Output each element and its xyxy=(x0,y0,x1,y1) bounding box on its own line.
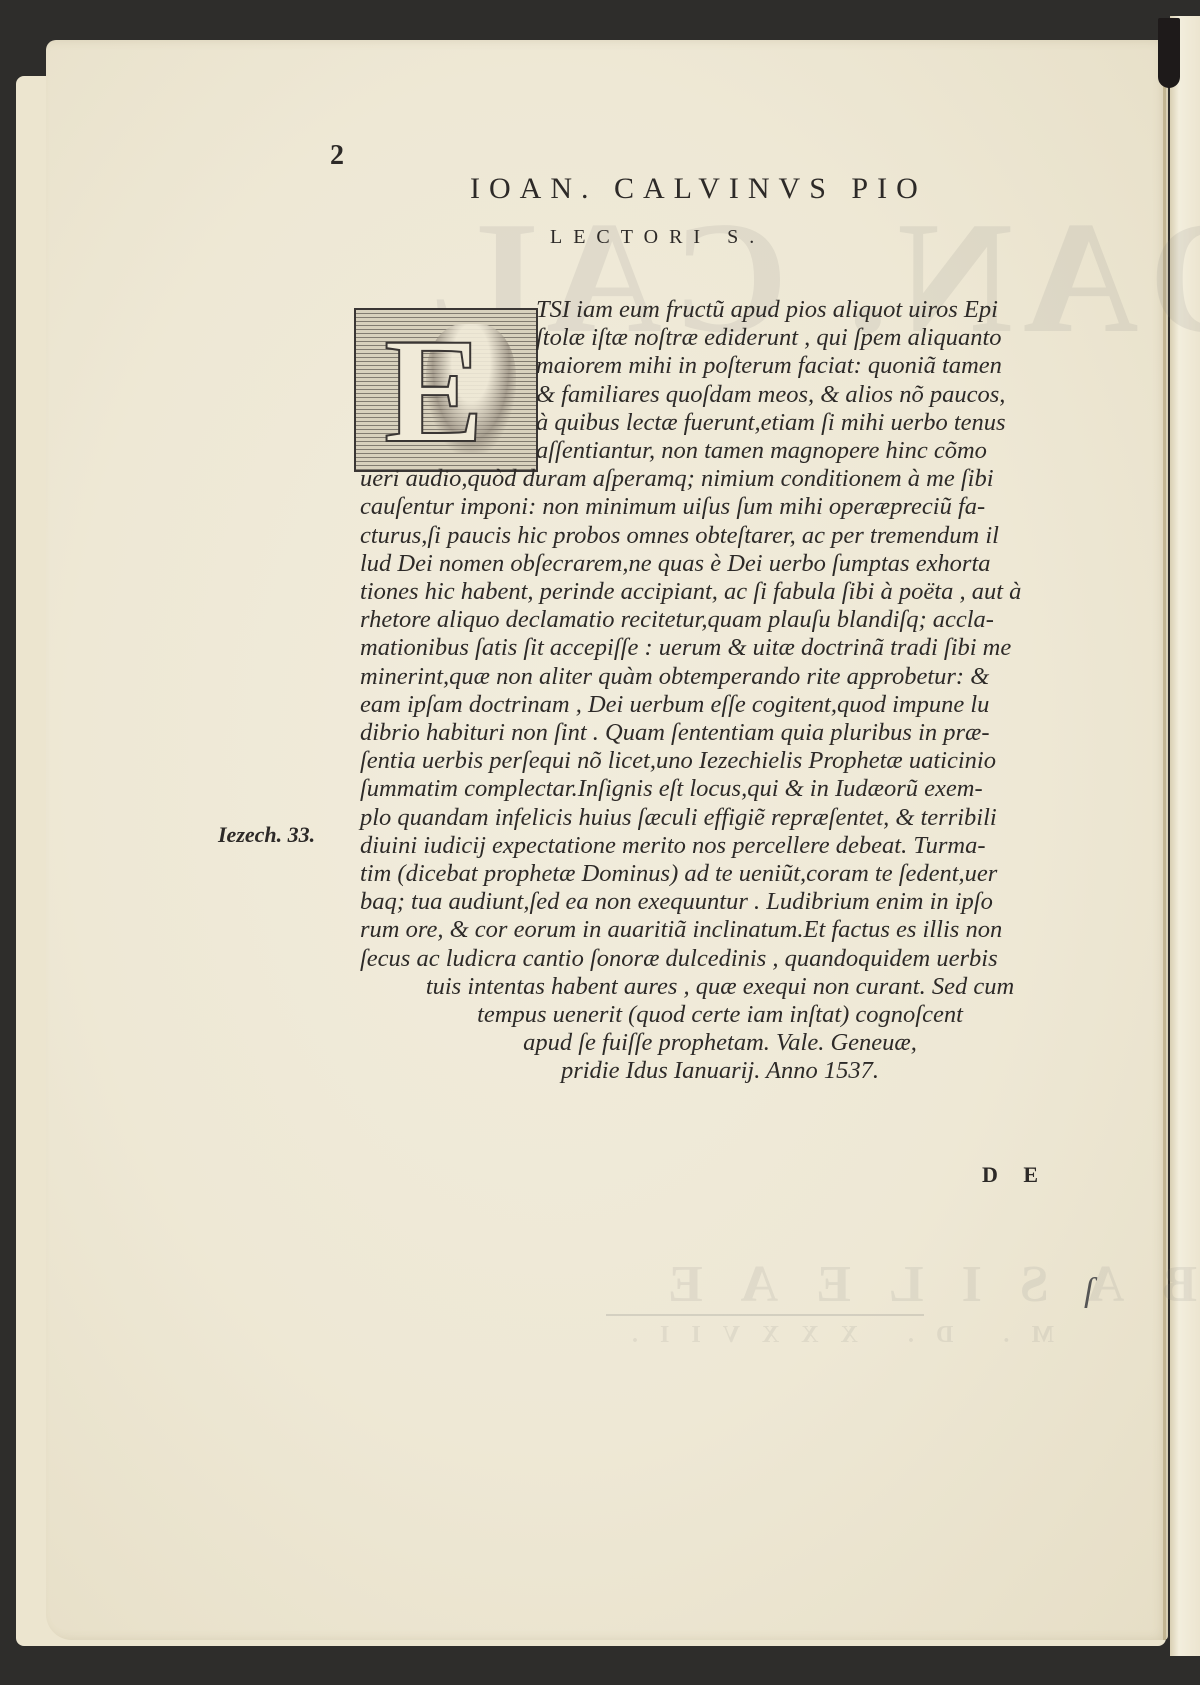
text-line: tiones hic habent, perinde accipiant, ac… xyxy=(360,578,1080,606)
text-line: plo quandam infelicis huius ſæculi effig… xyxy=(360,804,1080,832)
page-number: 2 xyxy=(330,140,344,172)
text-line: rum ore, & cor eorum in auaritiã inclina… xyxy=(360,916,1080,944)
text-line: ſummatim complectar.Inſignis eſt locus,q… xyxy=(360,775,1080,803)
closing-line: apud ſe fuiſſe prophetam. Vale. Geneuæ, xyxy=(360,1029,1080,1057)
text-line: dibrio habituri non ſint . Quam ſententi… xyxy=(360,719,1080,747)
showthrough-city: BASILEAE xyxy=(630,1255,1197,1314)
page-subtitle: LECTORI S. xyxy=(550,226,765,249)
showthrough-rule xyxy=(606,1314,924,1316)
text-line: minerint,quæ non aliter quàm obtemperand… xyxy=(360,663,1080,691)
catchword: D E xyxy=(982,1162,1048,1188)
page-title: IOAN. CALVINVS PIO xyxy=(470,172,927,206)
text-line: ſtolæ iſtæ noſtræ ediderunt , qui ſpem a… xyxy=(360,324,1080,352)
text-line: cturus,ſi paucis hic probos omnes obteſt… xyxy=(360,522,1080,550)
letter-body: TSI iam eum fructũ apud pios aliquot uir… xyxy=(360,296,1080,1086)
text-line: diuini iudicij expectatione merito nos p… xyxy=(360,832,1080,860)
closing-line: pridie Idus Ianuarij. Anno 1537. xyxy=(360,1057,1080,1085)
text-line: rhetore aliquo declamatio recitetur,quam… xyxy=(360,606,1080,634)
text-line: & familiares quoſdam meos, & alios nõ pa… xyxy=(360,381,1080,409)
text-line: lud Dei nomen obſecrarem,ne quas è Dei u… xyxy=(360,550,1080,578)
stray-ink-mark: ſ xyxy=(1084,1272,1093,1310)
text-line: maiorem mihi in poſterum faciat: quoniã … xyxy=(360,352,1080,380)
closing-line: tuis intentas habent aures , quæ exequi … xyxy=(360,973,1080,1001)
text-line: ueri audio,quòd duram aſperamq; nimium c… xyxy=(360,465,1080,493)
text-line: tim (dicebat prophetæ Dominus) ad te uen… xyxy=(360,860,1080,888)
showthrough-date: M. D. XXXVII. xyxy=(610,1322,1054,1349)
text-line: baq; tua audiunt,ſed ea non exequuntur .… xyxy=(360,888,1080,916)
text-line: à quibus lectæ fuerunt,etiam ſi mihi uer… xyxy=(360,409,1080,437)
text-line: ſentia uerbis perſequi nõ licet,uno Ieze… xyxy=(360,747,1080,775)
margin-note: Iezech. 33. xyxy=(218,822,315,848)
text-line: cauſentur imponi: non minimum uiſus ſum … xyxy=(360,493,1080,521)
text-line: ſecus ac ludicra cantio ſonoræ dulcedini… xyxy=(360,945,1080,973)
closing-line: tempus uenerit (quod certe iam inſtat) c… xyxy=(360,1001,1080,1029)
text-line: TSI iam eum fructũ apud pios aliquot uir… xyxy=(360,296,1080,324)
text-line: aſſentiantur, non tamen magnopere hinc c… xyxy=(360,437,1080,465)
binding-clasp xyxy=(1158,18,1180,88)
text-line: eam ipſam doctrinam , Dei uerbum eſſe co… xyxy=(360,691,1080,719)
text-line: mationibus ſatis ſit accepiſſe : uerum &… xyxy=(360,634,1080,662)
